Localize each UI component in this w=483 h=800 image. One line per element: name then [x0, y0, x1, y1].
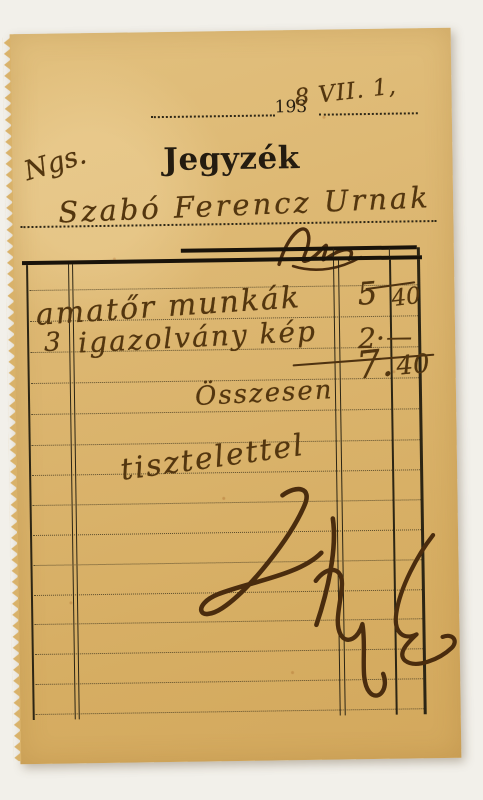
- date-handwritten: 8 VII. 1,: [294, 75, 398, 110]
- table-left-border: [26, 265, 35, 720]
- date-dotted-line-left: [151, 114, 275, 118]
- tick-right-border: [417, 247, 420, 256]
- receipt-paper: 193 8 VII. 1, Ngs. Jegyzék Szabó Ferencz…: [10, 28, 462, 764]
- tick-col3: [333, 249, 335, 258]
- closing-word: tisztelettel: [119, 431, 307, 486]
- monogram-flourish: [264, 215, 375, 273]
- item-2-qty: 3: [44, 330, 61, 356]
- scanned-receipt-photo: { "colors": { "background": "#f2f0ea", "…: [0, 0, 483, 800]
- tick-col4: [389, 248, 391, 257]
- date-dotted-line-right: [319, 112, 418, 115]
- signature-flourish: [186, 483, 461, 723]
- item-1-amount-filler: 40: [390, 285, 422, 311]
- deckle-edge: [3, 37, 22, 761]
- honorific-handwritten: Ngs.: [21, 141, 89, 185]
- total-label: Összesen: [194, 377, 334, 410]
- receipt-title: Jegyzék: [151, 143, 311, 176]
- total-amount-filler: 40: [396, 351, 431, 380]
- total-amount-pengo: 7.: [355, 343, 395, 384]
- item-1-amount-pengo: 5: [356, 278, 378, 311]
